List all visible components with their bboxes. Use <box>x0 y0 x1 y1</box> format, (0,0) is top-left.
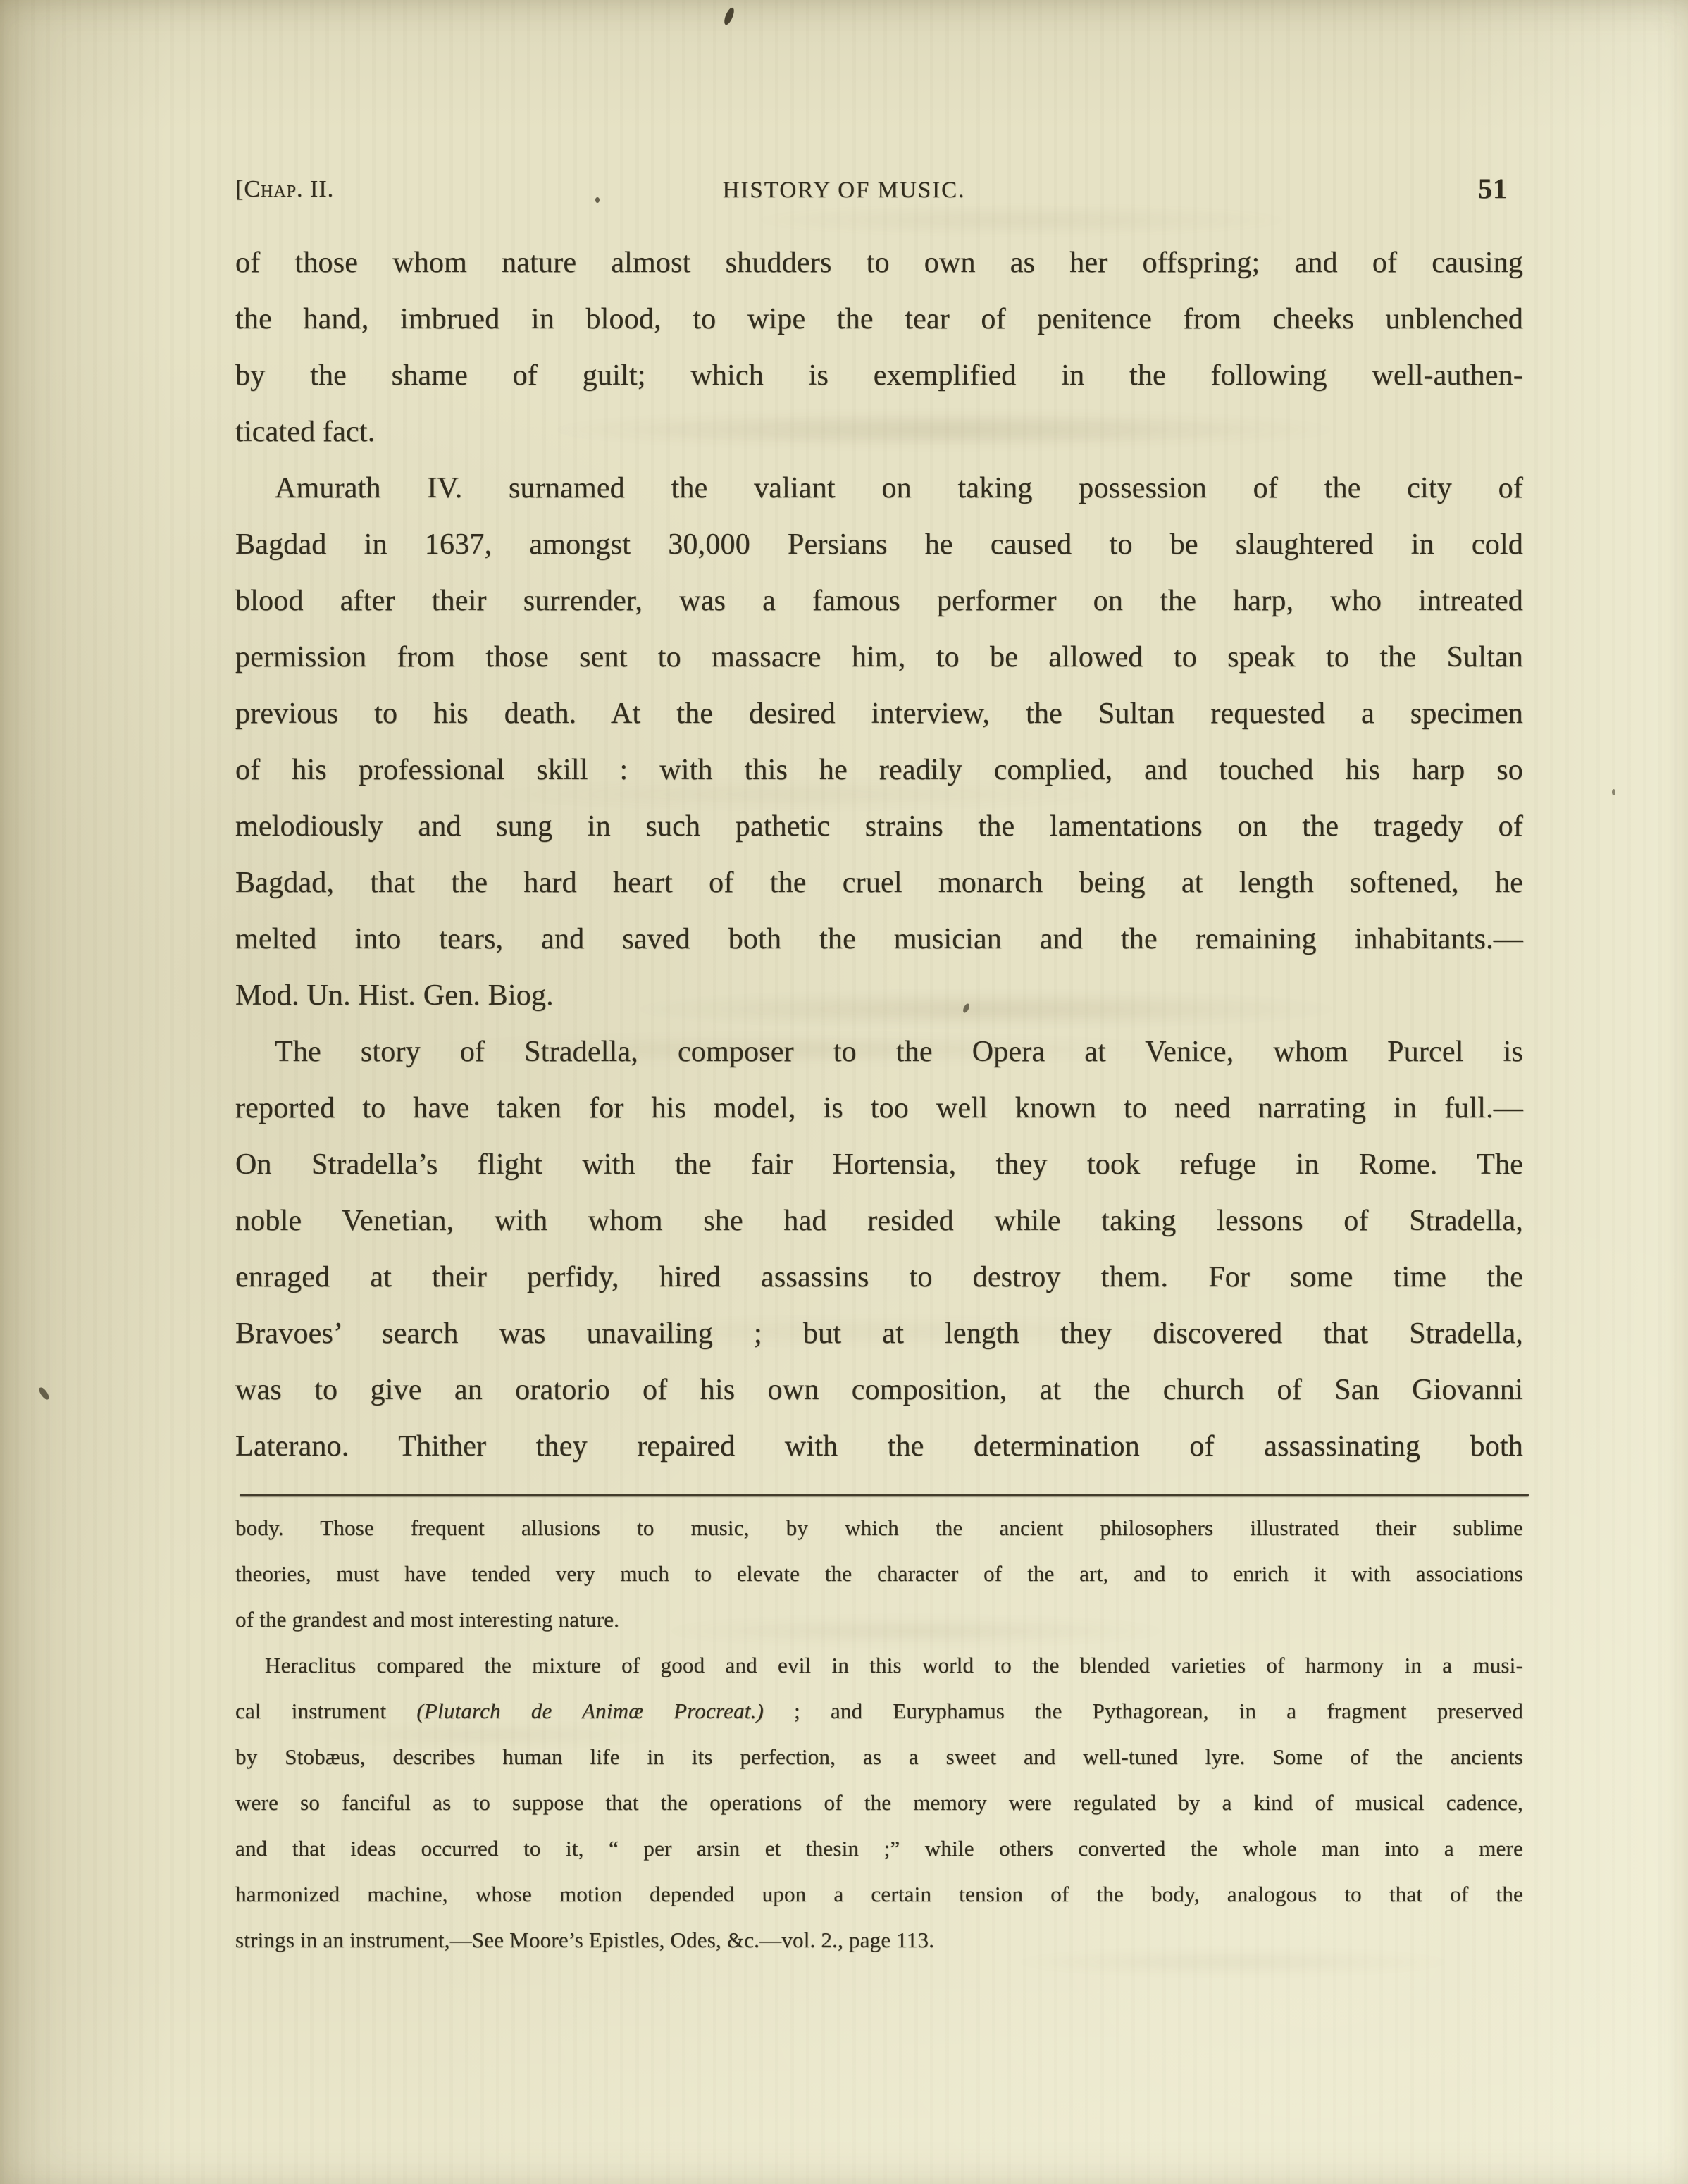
ink-speck <box>723 6 736 26</box>
text-line: was to give an oratorio of his own compo… <box>235 1362 1523 1418</box>
text-line: noble Venetian, with whom she had reside… <box>235 1193 1523 1249</box>
text-line: of those whom nature almost shudders to … <box>235 235 1523 291</box>
footnote-text: body. Those frequent allusions to music,… <box>235 1505 1523 1963</box>
text-line: of his professional skill : with this he… <box>235 742 1523 798</box>
text-line: Bravoes’ search was unavailing ; but at … <box>235 1305 1523 1362</box>
text-line: harmonized machine, whose motion depende… <box>235 1871 1523 1917</box>
text-line: reported to have taken for his model, is… <box>235 1080 1523 1136</box>
text-line: Mod. Un. Hist. Gen. Biog. <box>235 967 1523 1024</box>
text-line: ticated fact. <box>235 404 1523 460</box>
text-line: cal instrument (Plutarch de Animæ Procre… <box>235 1688 1523 1734</box>
text-line: On Stradella’s flight with the fair Hort… <box>235 1136 1523 1193</box>
text-line: theories, must have tended very much to … <box>235 1551 1523 1596</box>
text-line: enraged at their perfidy, hired assassin… <box>235 1249 1523 1305</box>
ink-speck <box>38 1386 51 1401</box>
text-line: Bagdad in 1637, amongst 30,000 Persians … <box>235 516 1523 573</box>
text-line: Bagdad, that the hard heart of the cruel… <box>235 855 1523 911</box>
text-line: permission from those sent to massacre h… <box>235 629 1523 685</box>
bleedthrough-smudge <box>634 201 1409 240</box>
scanned-book-page: [Chap. II. HISTORY OF MUSIC. 51 of those… <box>0 0 1688 2184</box>
text-line: melodiously and sung in such pathetic st… <box>235 798 1523 855</box>
text-line: Laterano. Thither they repaired with the… <box>235 1418 1523 1475</box>
text-line: Amurath IV. surnamed the valiant on taki… <box>235 460 1523 516</box>
ink-speck <box>1612 789 1615 795</box>
text-line: melted into tears, and saved both the mu… <box>235 911 1523 967</box>
text-line: were so fanciful as to suppose that the … <box>235 1780 1523 1825</box>
text-line: by Stobæus, describes human life in its … <box>235 1734 1523 1780</box>
text-line: the hand, imbrued in blood, to wipe the … <box>235 291 1523 347</box>
text-line: by the shame of guilt; which is exemplif… <box>235 347 1523 404</box>
text-line: strings in an instrument,—See Moore’s Ep… <box>235 1917 1523 1963</box>
text-line: The story of Stradella, composer to the … <box>235 1024 1523 1080</box>
text-line: and that ideas occurred to it, “ per ars… <box>235 1825 1523 1871</box>
main-text: of those whom nature almost shudders to … <box>235 235 1523 1475</box>
text-line: body. Those frequent allusions to music,… <box>235 1505 1523 1551</box>
footnote-rule <box>240 1494 1529 1496</box>
text-line: Heraclitus compared the mixture of good … <box>235 1642 1523 1688</box>
text-line: previous to his death. At the desired in… <box>235 685 1523 742</box>
text-line: of the grandest and most interesting nat… <box>235 1596 1523 1642</box>
header-page-number: 51 <box>1478 172 1527 205</box>
text-line: blood after their surrender, was a famou… <box>235 573 1523 629</box>
header-running-title: HISTORY OF MUSIC. <box>0 178 1688 204</box>
